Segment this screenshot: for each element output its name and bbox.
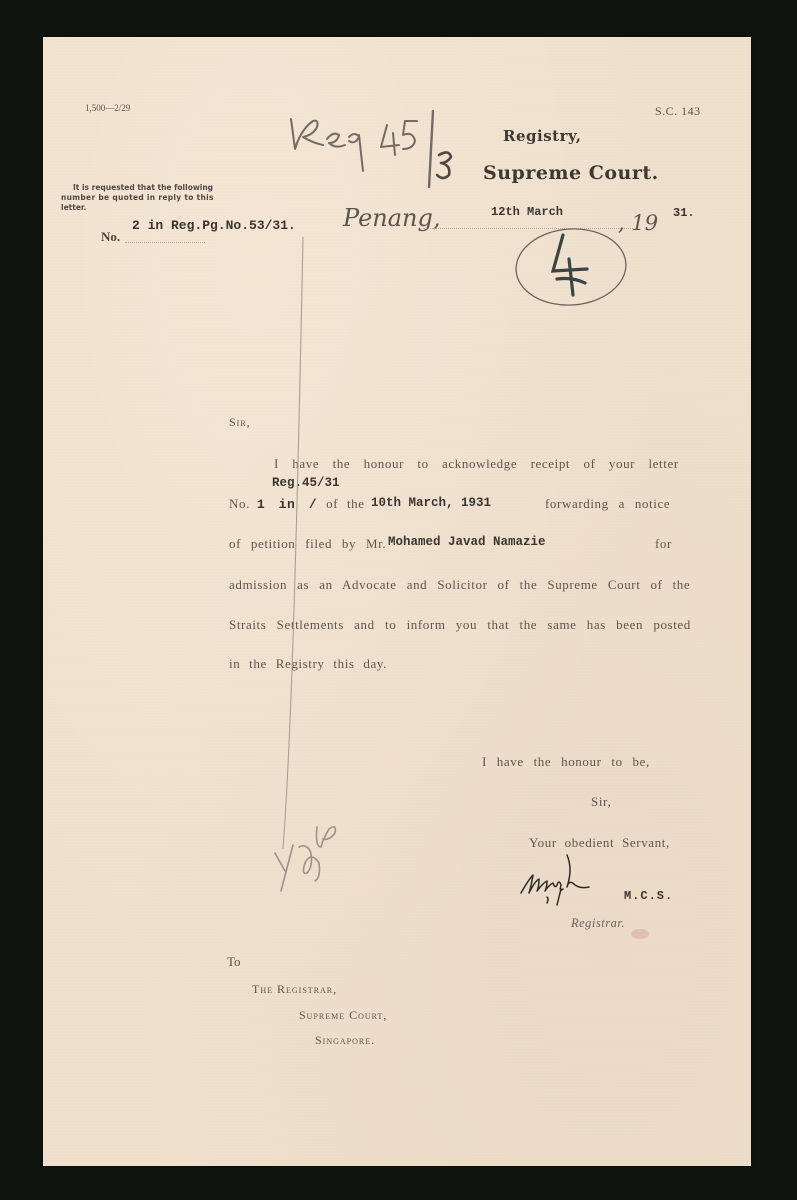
notice-line: number be quoted in reply to this [61,193,214,203]
typed-petitioner-name: Mohamed Javad Namazie [388,535,546,549]
address-to: To [227,954,241,970]
address-line-2: Supreme Court, [299,1008,387,1023]
salutation: Sir, [229,415,251,430]
pencil-initials-icon [271,817,371,897]
ref-label: No. [101,229,120,245]
pencil-line-icon [263,237,313,857]
typed-letter-date: 10th March, 1931 [371,496,491,510]
ref-number: 2 in Reg.Pg.No.53/31. [132,218,296,233]
address-line-1: The Registrar, [252,982,337,997]
address-line-3: Singapore. [315,1033,375,1048]
notice-line: It is requested that the following [61,183,214,193]
registrar-title: Registrar. [571,916,625,931]
reply-notice: It is requested that the following numbe… [61,183,214,213]
typed-initials: M.C.S. [624,889,673,903]
circled-number-icon [511,217,631,317]
closing-line-1: I have the honour to be, [482,754,650,770]
signature-icon [515,849,605,909]
print-code: 1,500—2/29 [85,103,130,113]
form-code: S.C. 143 [655,104,701,119]
para-line-1: I have the honour to acknowledge receipt… [274,456,679,472]
closing-line-2: Sir, [591,794,611,810]
para-no: No. [229,496,250,511]
stain-mark [631,929,649,939]
header-registry: Registry, [503,127,581,145]
ref-underline [125,242,205,243]
year-typed: 31. [673,206,695,220]
para-line-3-end: for [655,536,672,552]
header-supreme-court: Supreme Court. [483,162,659,184]
notice-line: letter. [61,203,214,213]
para-line-2-rest: forwarding a notice [545,496,670,512]
para-of-the: of the [326,496,365,511]
handwritten-reg-45-31-icon [283,99,493,189]
letter-page: 1,500—2/29 S.C. 143 Registry, Supreme Co… [43,37,751,1166]
